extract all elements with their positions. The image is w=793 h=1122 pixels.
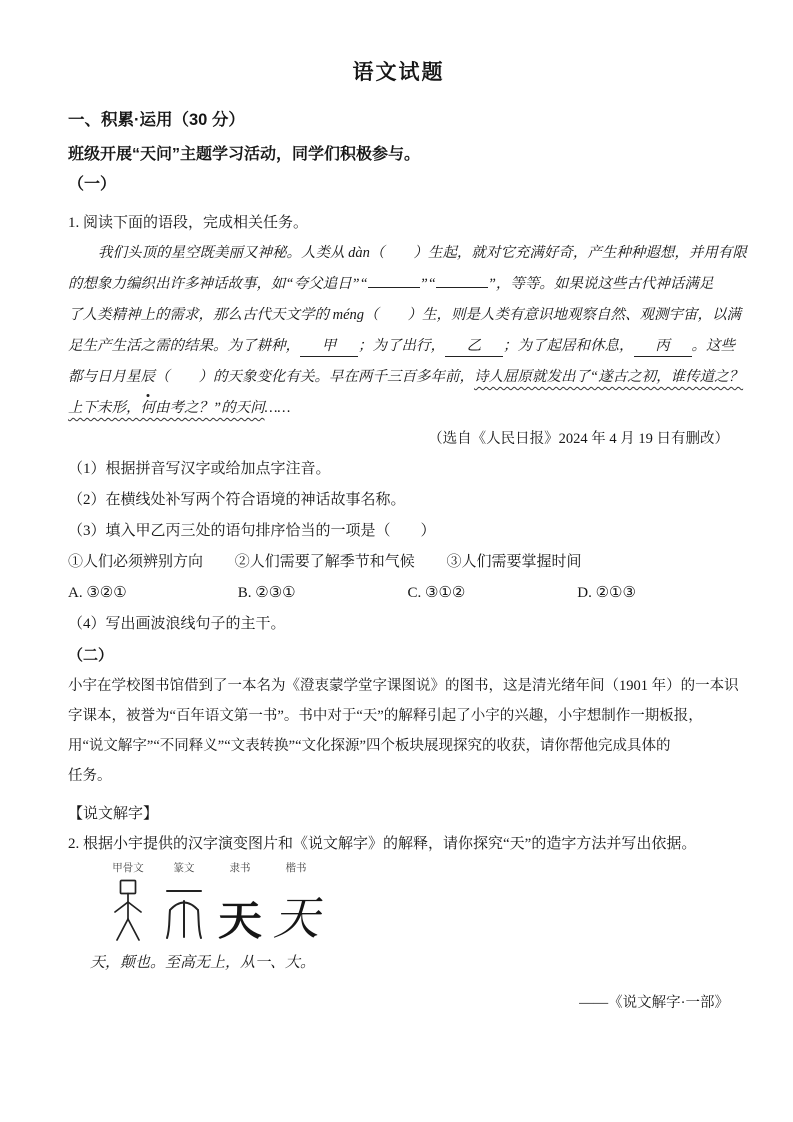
sub-question-1: （1）根据拼音写汉字或给加点字注音。 (68, 454, 729, 485)
slot-bing: 丙 (634, 336, 692, 357)
part-two-label: （二） (68, 640, 729, 671)
option-c: C. ③①② (408, 578, 574, 609)
passage-text-segment: 都与日月星 (68, 369, 141, 385)
sub-question-2: （2）在横线处补写两个符合语境的神话故事名称。 (68, 485, 729, 516)
part-one-label: （一） (68, 173, 729, 197)
shuowen-definition-quote: 天，颠也。至高无上，从一、大。 (90, 951, 729, 975)
clerical-tian-glyph: 天 (218, 901, 262, 943)
option-b: B. ②③① (238, 578, 404, 609)
label-seal-script: 篆文 (156, 862, 212, 875)
passage-text-segment: 了人类精神上的需求，那么古代天文学的 méng（ ）生，则是人类有意识地观察自然… (68, 307, 741, 323)
passage2-line-2: 字课本，被誉为“百年语文第一书”。书中对于“天”的解释引起了小宇的兴趣，小宇想制… (68, 701, 729, 731)
context-passage: 小宇在学校图书馆借到了一本名为《澄衷蒙学堂字课图说》的图书，这是清光绪年间（19… (68, 671, 729, 791)
passage-line-1: 我们头顶的星空既美丽又神秘。人类从 dàn（ ）生起，就对它充满好奇，产生种种遐… (68, 238, 729, 269)
passage-text-segment: 我们头顶的星空既美丽又神秘。人类从 dàn（ ）生起，就对它充满好奇，产生种种遐… (98, 245, 747, 261)
question-2-stem: 2. 根据小宇提供的汉字演变图片和《说文解字》的解释，请你探究“天”的造字方法并… (68, 829, 729, 859)
passage-text-segment: ；为了起居和休息， (503, 338, 634, 354)
label-regular-script: 楷书 (268, 862, 324, 875)
wavy-underlined-text: 上下未形，何由考之？”的天问 (68, 400, 265, 416)
passage-line-5: 都与日月星辰（ ）的天象变化有关。早在两千三百多年前，诗人屈原就发出了“遂古之初… (68, 362, 729, 393)
passage2-line-3: 用“说文解字”“不同释义”“文表转换”“文化探源”四个板块展现探究的收获，请你帮… (68, 731, 729, 761)
seal-script-tian-icon (162, 885, 206, 943)
passage-text-segment: ”“ (420, 276, 436, 292)
passage-text-segment: ”，等等。如果说这些古代神话满足 (488, 276, 714, 292)
passage-text-segment: （ ）的天象变化有关。早在两千三百多年前， (155, 369, 474, 385)
option-a: A. ③②① (68, 578, 234, 609)
dotted-character: 辰 (141, 362, 156, 393)
exam-page: 语文试题 一、积累·运用（30 分） 班级开展“天问”主题学习活动，同学们积极参… (0, 0, 793, 1122)
choice-options-row: A. ③②① B. ②③① C. ③①② D. ②①③ (68, 578, 729, 609)
slot-jia: 甲 (300, 336, 358, 357)
passage-text-segment: ；为了出行， (358, 338, 445, 354)
clerical-script-glyph-cell: 天 (212, 897, 268, 943)
option-d: D. ②①③ (577, 578, 743, 609)
passage-text-segment: 。这些 (692, 338, 736, 354)
regular-script-glyph-cell: 天 (268, 895, 324, 943)
label-oracle-bone: 甲骨文 (100, 862, 156, 875)
passage2-line-4: 任务。 (68, 761, 729, 791)
ordering-item-2: ②人们需要了解季节和气候 (235, 547, 415, 578)
sub-question-4: （4）写出画波浪线句子的主干。 (68, 609, 729, 640)
passage-text-segment: 的想象力编织出许多神话故事，如“夸父追日”“ (68, 276, 368, 292)
passage-text-segment: …… (265, 400, 291, 416)
shuowen-quote-source: ——《说文解字·一部》 (68, 991, 729, 1015)
shuowen-block-header: 【说文解字】 (68, 799, 729, 829)
passage2-line-1: 小宇在学校图书馆借到了一本名为《澄衷蒙学堂字课图说》的图书，这是清光绪年间（19… (68, 671, 729, 701)
reading-passage: 我们头顶的星空既美丽又神秘。人类从 dàn（ ）生起，就对它充满好奇，产生种种遐… (68, 238, 729, 454)
character-evolution-figure: 甲骨文 篆文 隶书 楷书 (100, 862, 729, 943)
passage-line-3: 了人类精神上的需求，那么古代天文学的 méng（ ）生，则是人类有意识地观察自然… (68, 300, 729, 331)
seal-script-glyph-cell (156, 885, 212, 943)
section-one-heading: 一、积累·运用（30 分） (68, 108, 729, 132)
sub-question-3: （3）填入甲乙丙三处的语句排序恰当的一项是（ ） (68, 516, 729, 547)
script-labels-row: 甲骨文 篆文 隶书 楷书 (100, 862, 729, 875)
question-1-stem: 1. 阅读下面的语段，完成相关任务。 (68, 211, 729, 235)
glyphs-row: 天 天 (100, 875, 729, 943)
wavy-underlined-text: 诗人屈原就发出了“遂古之初，谁传道之？ (474, 369, 743, 385)
slot-yi: 乙 (445, 336, 503, 357)
fill-blank-line-1 (368, 275, 420, 288)
oracle-bone-tian-icon (108, 879, 148, 943)
passage-line-4: 足生产生活之需的结果。为了耕种，甲；为了出行，乙；为了起居和休息，丙。这些 (68, 331, 729, 362)
ordering-item-1: ①人们必须辨别方向 (68, 547, 203, 578)
ordering-item-3: ③人们需要掌握时间 (447, 547, 582, 578)
passage-source: （选自《人民日报》2024 年 4 月 19 日有删改） (68, 424, 729, 454)
ordering-items-row: ①人们必须辨别方向 ②人们需要了解季节和气候 ③人们需要掌握时间 (68, 547, 729, 578)
passage-line-2: 的想象力编织出许多神话故事，如“夸父追日”“”“”，等等。如果说这些古代神话满足 (68, 269, 729, 300)
label-clerical-script: 隶书 (212, 862, 268, 875)
activity-intro: 班级开展“天问”主题学习活动，同学们积极参与。 (68, 143, 729, 167)
oracle-bone-glyph-cell (100, 879, 156, 943)
regular-tian-glyph: 天 (273, 895, 319, 943)
fill-blank-line-2 (436, 275, 488, 288)
passage-text-segment: 足生产生活之需的结果。为了耕种， (68, 338, 300, 354)
passage-line-6: 上下未形，何由考之？”的天问…… (68, 393, 729, 424)
page-title: 语文试题 (68, 58, 729, 88)
